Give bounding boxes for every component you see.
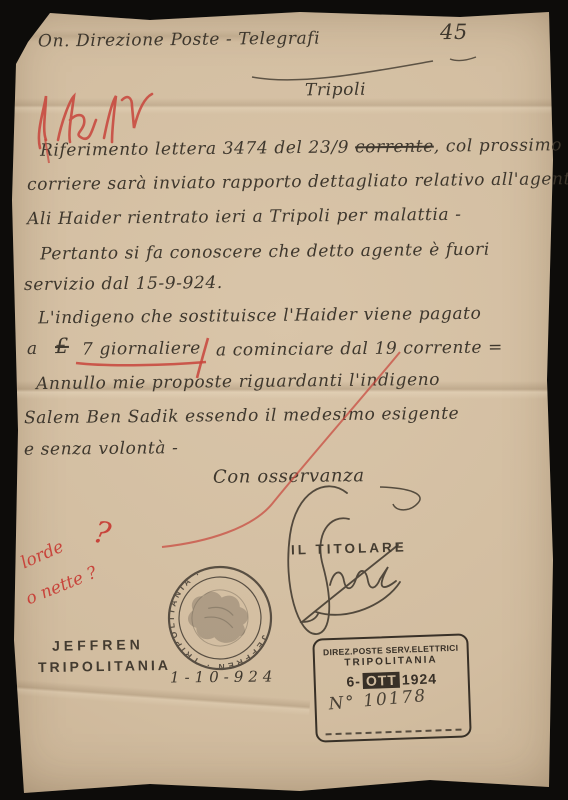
page-number: 45 [440,20,468,44]
body-line-5: servizio dal 15-9-924. [24,273,223,295]
office-stamp-line2: TRIPOLITANIA [38,657,171,675]
registry-stamp: DIREZ.POSTE SERV.ELETTRICI TRIPOLITANIA … [312,633,472,742]
registry-number-value: 10178 [362,686,428,712]
titolare-stamp: IL TITOLARE [291,539,407,557]
handwritten-date: 1-10-924 [170,667,278,686]
body-line-7-b: a cominciare dal 19 corrente = [216,337,503,360]
body-line-8: Annullo mie proposte riguardanti l'indig… [36,370,440,394]
struck-lira-sign: £ [55,334,69,358]
body-line-10: e senza volontà - [24,438,179,460]
registry-stamp-dashed-line [326,729,462,736]
body-line-7-a: a [27,339,38,359]
registry-number-prefix: N° [328,692,357,714]
paper-crease [0,98,568,114]
letter-paper [0,0,568,800]
place-line: Tripoli [305,80,366,101]
registry-date-day: 6 [346,673,355,689]
office-stamp-line1: JEFFREN [52,636,144,654]
scanned-letter: On. Direzione Poste - Telegrafi Tripoli … [0,0,568,800]
addressee-line: On. Direzione Poste - Telegrafi [38,29,320,52]
struck-word: corrente [355,137,434,158]
body-line-7-wage: 7 giornaliere [82,338,201,359]
body-line-1-text: Riferimento lettera 3474 del 23/9 [40,137,349,160]
body-line-1-tail: , col prossimo [434,135,562,156]
registry-date-month: OTT [363,672,401,689]
salutation: Con osservanza [213,465,365,488]
